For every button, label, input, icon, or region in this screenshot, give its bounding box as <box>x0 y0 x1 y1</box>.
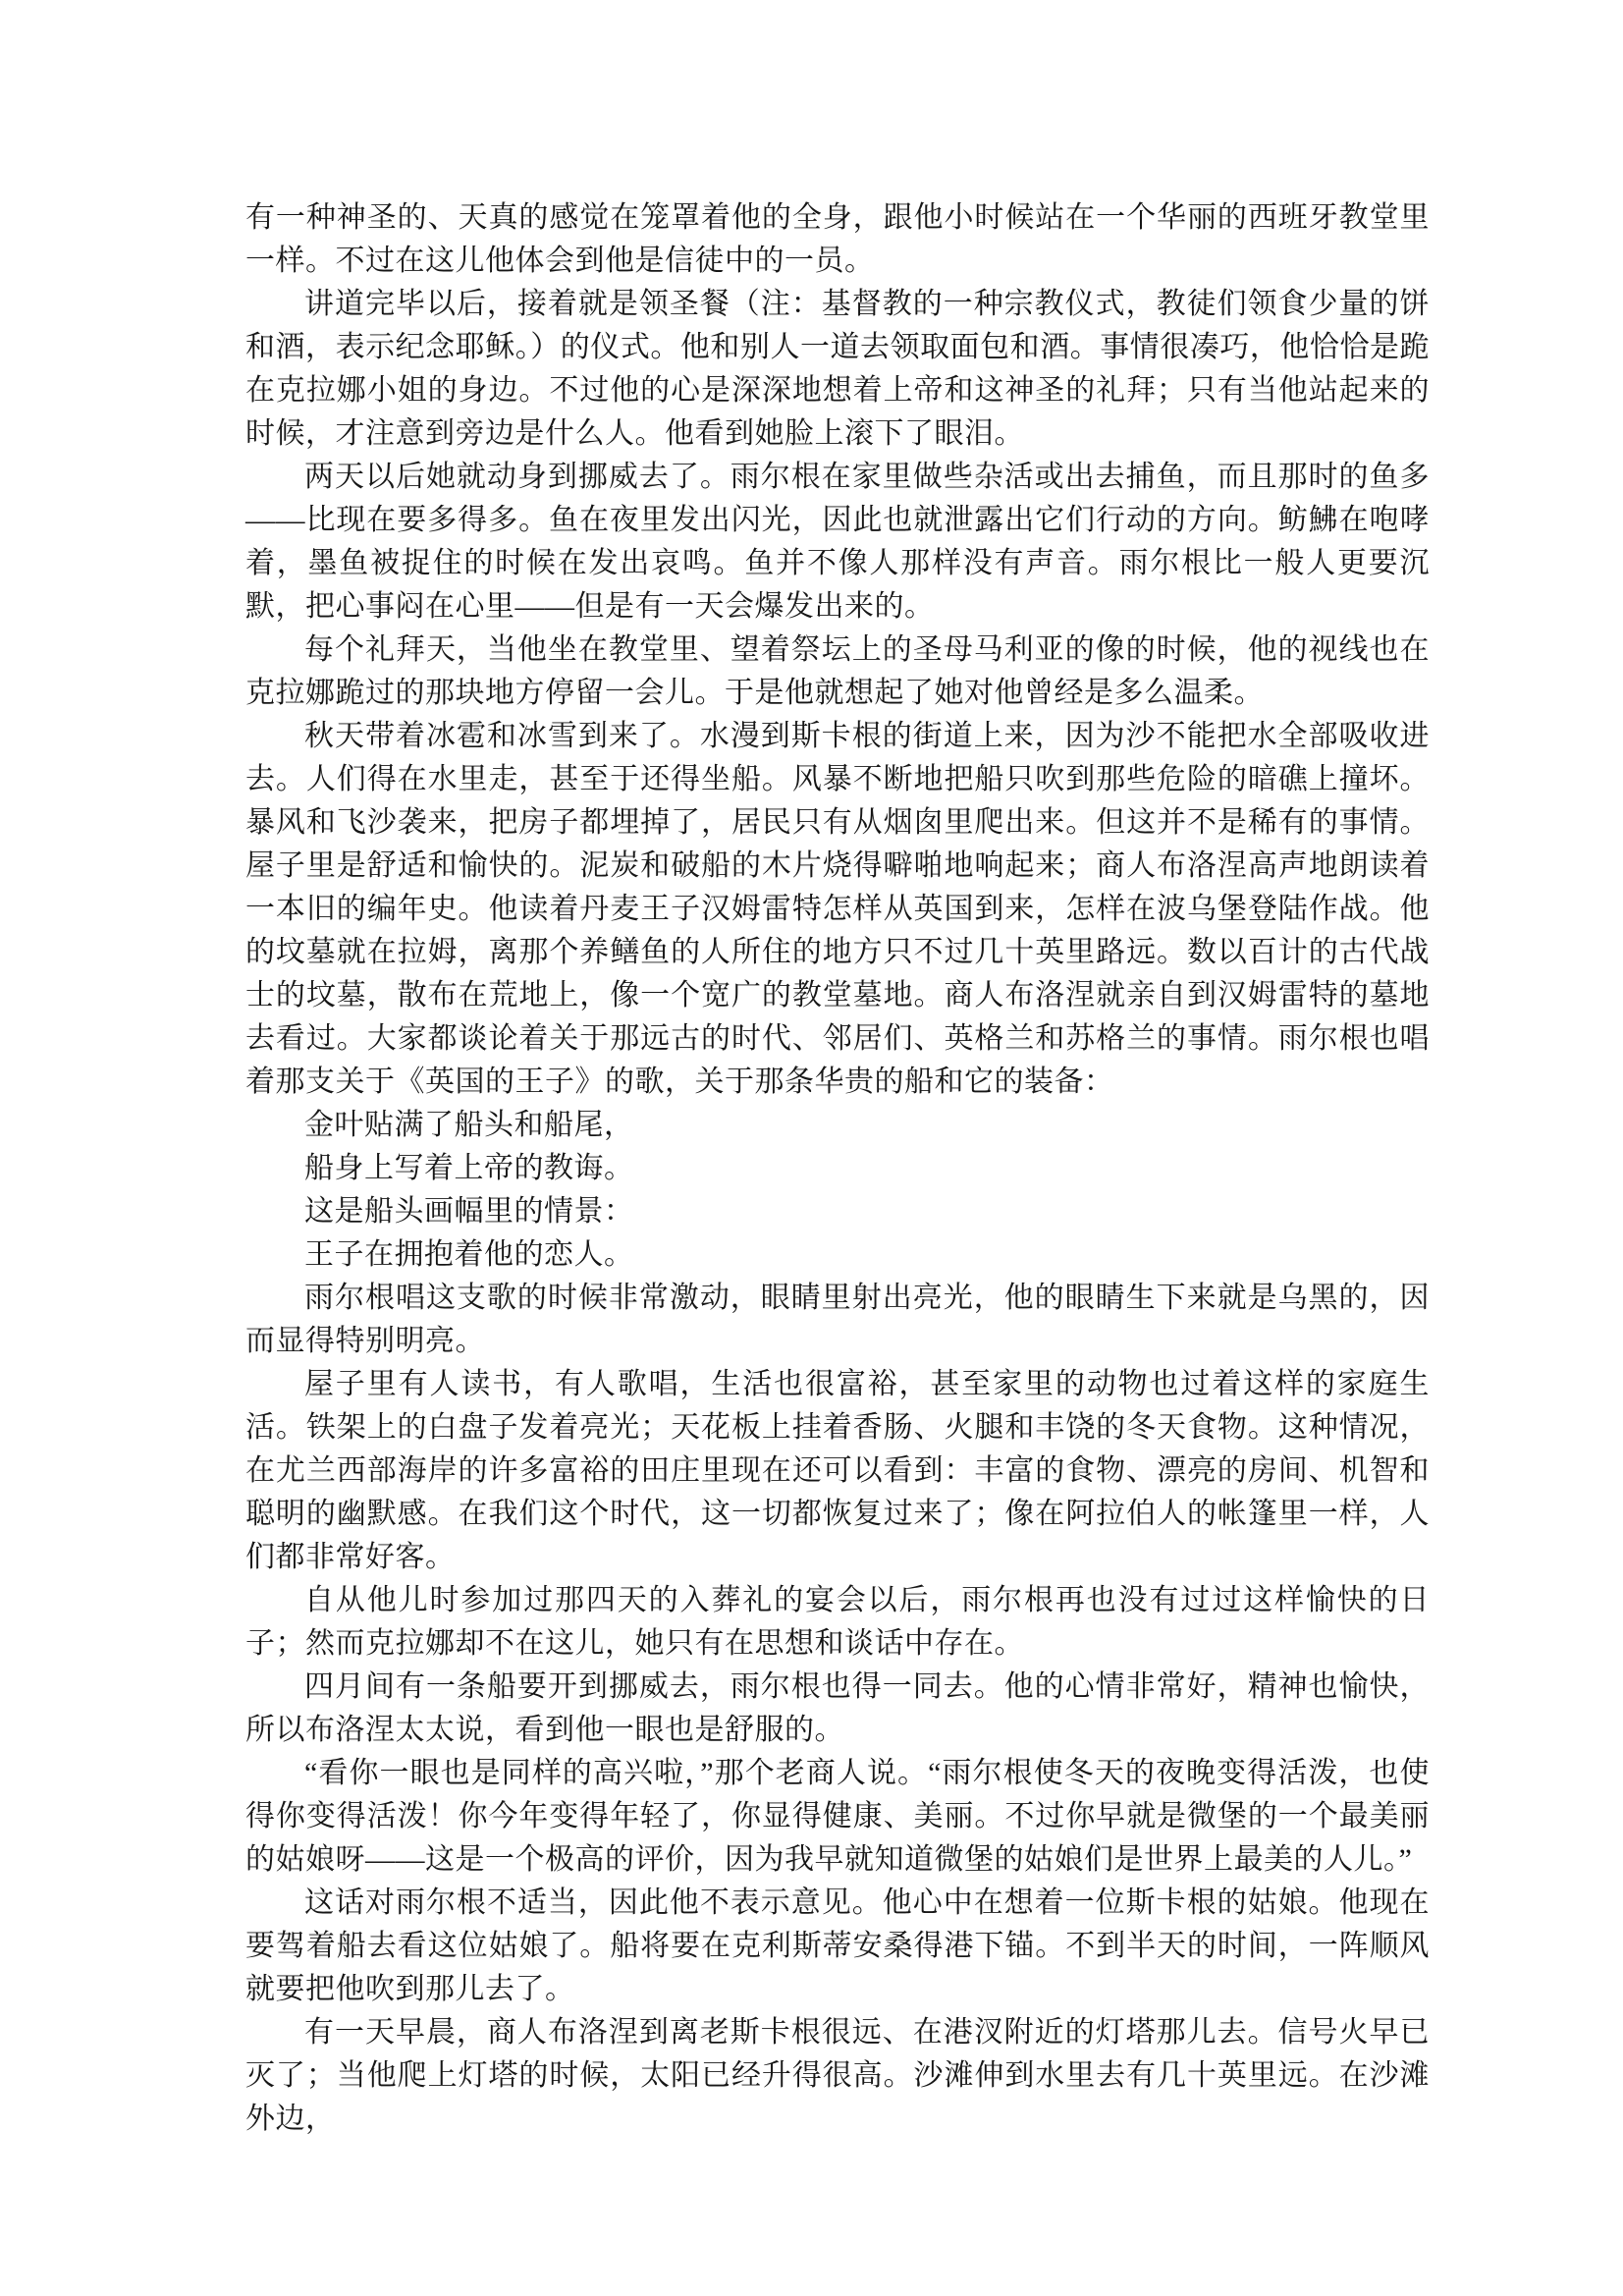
paragraph: 秋天带着冰雹和冰雪到来了。水漫到斯卡根的街道上来，因为沙不能把水全部吸收进去。人… <box>245 715 1430 1104</box>
paragraph: 每个礼拜天，当他坐在教堂里、望着祭坛上的圣母马利亚的像的时候，他的视线也在克拉娜… <box>245 629 1430 715</box>
paragraph: 讲道完毕以后，接着就是领圣餐（注：基督教的一种宗教仪式，教徒们领食少量的饼和酒，… <box>245 283 1430 456</box>
verse-line: 这是船头画幅里的情景： <box>245 1190 1430 1233</box>
paragraph: 两天以后她就动身到挪威去了。雨尔根在家里做些杂活或出去捕鱼，而且那时的鱼多——比… <box>245 456 1430 629</box>
paragraph: 有一种神圣的、天真的感觉在笼罩着他的全身，跟他小时候站在一个华丽的西班牙教堂里一… <box>245 196 1430 283</box>
paragraph: 自从他儿时参加过那四天的入葬礼的宴会以后，雨尔根再也没有过过这样愉快的日子；然而… <box>245 1579 1430 1666</box>
verse-line: 金叶贴满了船头和船尾， <box>245 1104 1430 1147</box>
verse-line: 船身上写着上帝的教诲。 <box>245 1147 1430 1190</box>
document-page: 有一种神圣的、天真的感觉在笼罩着他的全身，跟他小时候站在一个华丽的西班牙教堂里一… <box>0 0 1623 2296</box>
paragraph: 这话对雨尔根不适当，因此他不表示意见。他心中在想着一位斯卡根的姑娘。他现在要驾着… <box>245 1882 1430 2011</box>
paragraph: 屋子里有人读书，有人歌唱，生活也很富裕，甚至家里的动物也过着这样的家庭生活。铁架… <box>245 1363 1430 1579</box>
paragraph: “看你一眼也是同样的高兴啦，”那个老商人说。“雨尔根使冬天的夜晚变得活泼，也使得… <box>245 1752 1430 1882</box>
paragraph: 四月间有一条船要开到挪威去，雨尔根也得一同去。他的心情非常好，精神也愉快，所以布… <box>245 1666 1430 1752</box>
paragraph: 有一天早晨，商人布洛涅到离老斯卡根很远、在港汊附近的灯塔那儿去。信号火早已灭了；… <box>245 2011 1430 2141</box>
verse-line: 王子在拥抱着他的恋人。 <box>245 1233 1430 1277</box>
text-block: 有一种神圣的、天真的感觉在笼罩着他的全身，跟他小时候站在一个华丽的西班牙教堂里一… <box>245 196 1430 2141</box>
paragraph: 雨尔根唱这支歌的时候非常激动，眼睛里射出亮光，他的眼睛生下来就是乌黑的，因而显得… <box>245 1277 1430 1363</box>
